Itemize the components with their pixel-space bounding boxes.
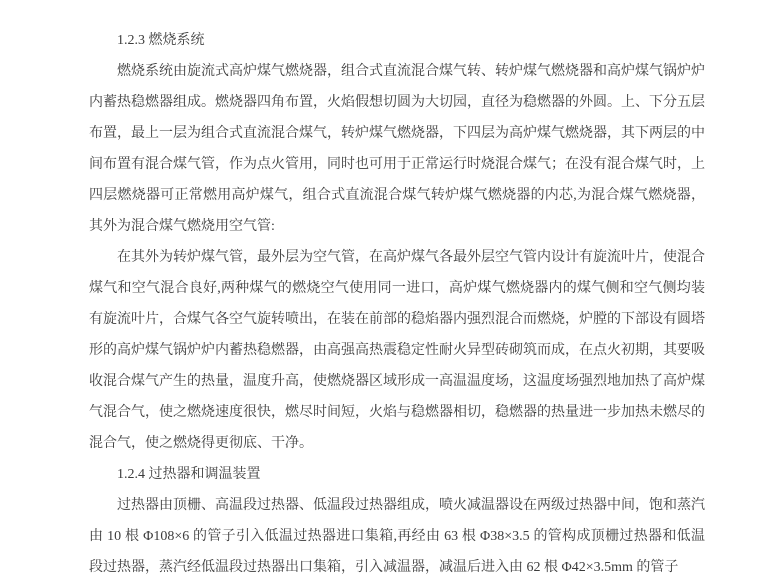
document-page: 1.2.3 燃烧系统 燃烧系统由旋流式高炉煤气燃烧器，组合式直流混合煤气转、转炉… (0, 0, 760, 588)
paragraph-superheater-detail: 过热器由顶栅、高温段过热器、低温段过热器组成，喷火减温器设在两级过热器中间，饱和… (89, 490, 705, 583)
section-heading-superheater: 1.2.4 过热器和调温装置 (89, 459, 705, 490)
paragraph-combustion-system-detail: 在其外为转炉煤气管，最外层为空气管，在高炉煤气各最外层空气管内设计有旋流叶片，使… (89, 242, 705, 459)
section-heading-combustion-system: 1.2.3 燃烧系统 (89, 25, 705, 56)
paragraph-combustion-system-overview: 燃烧系统由旋流式高炉煤气燃烧器，组合式直流混合煤气转、转炉煤气燃烧器和高炉煤气锅… (89, 56, 705, 242)
